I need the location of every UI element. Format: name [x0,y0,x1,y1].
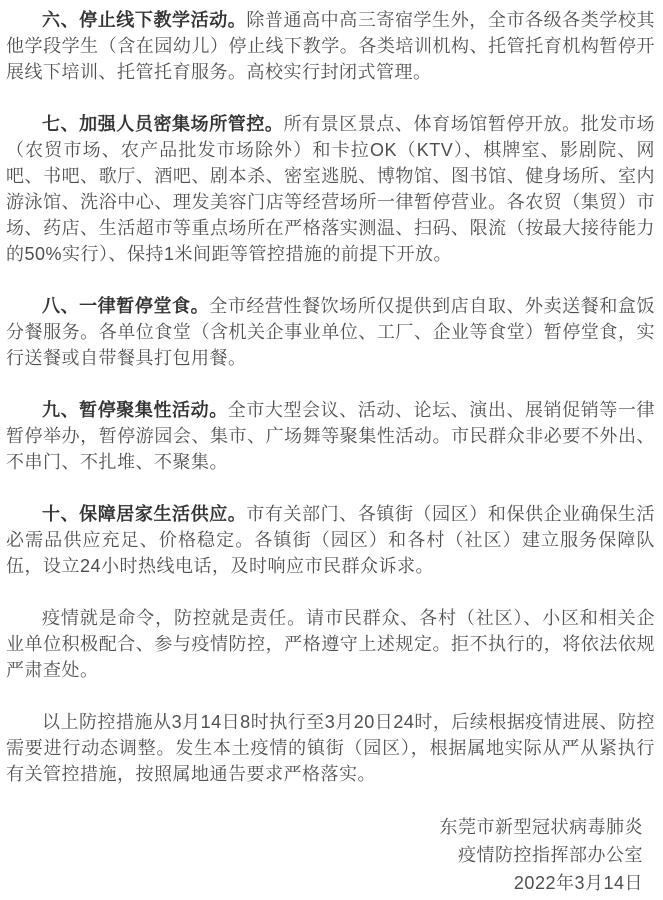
section-7-body: 所有景区景点、体育场馆暂停开放。批发市场（农贸市场、农产品批发市场除外）和卡拉O… [6,114,655,264]
notice-section-7: 七、加强人员密集场所管控。所有景区景点、体育场馆暂停开放。批发市场（农贸市场、农… [6,111,655,267]
signature-date: 2022年3月14日 [6,869,643,897]
notice-paragraph-duration: 以上防控措施从3月14日8时执行至3月20日24时，后续根据疫情进展、防控需要进… [6,709,655,787]
paragraph-responsibility-text: 疫情就是命令，防控就是责任。请市民群众、各村（社区）、小区和相关企业单位积极配合… [6,608,655,680]
section-6-title: 六、停止线下教学活动。 [42,10,246,30]
signature-block: 东莞市新型冠状病毒肺炎 疫情防控指挥部办公室 2022年3月14日 [6,813,655,897]
section-8-title: 八、一律暂停堂食。 [42,296,209,316]
notice-section-6: 六、停止线下教学活动。除普通高中高三寄宿学生外，全市各级各类学校其他学段学生（含… [6,7,655,85]
notice-paragraph-responsibility: 疫情就是命令，防控就是责任。请市民群众、各村（社区）、小区和相关企业单位积极配合… [6,605,655,683]
notice-section-8: 八、一律暂停堂食。全市经营性餐饮场所仅提供到店自取、外卖送餐和盒饭分餐服务。各单… [6,293,655,371]
notice-section-10: 十、保障居家生活供应。市有关部门、各镇街（园区）和保供企业确保生活必需品供应充足… [6,501,655,579]
signature-org-line2: 疫情防控指挥部办公室 [6,841,643,869]
notice-document-page: 六、停止线下教学活动。除普通高中高三寄宿学生外，全市各级各类学校其他学段学生（含… [0,0,663,900]
signature-org-line1: 东莞市新型冠状病毒肺炎 [6,813,643,841]
section-10-title: 十、保障居家生活供应。 [42,504,246,524]
section-7-title: 七、加强人员密集场所管控。 [42,114,284,134]
paragraph-duration-text: 以上防控措施从3月14日8时执行至3月20日24时，后续根据疫情进展、防控需要进… [6,712,655,784]
section-9-title: 九、暂停聚集性活动。 [42,400,228,420]
notice-section-9: 九、暂停聚集性活动。全市大型会议、活动、论坛、演出、展销促销等一律暂停举办，暂停… [6,397,655,475]
